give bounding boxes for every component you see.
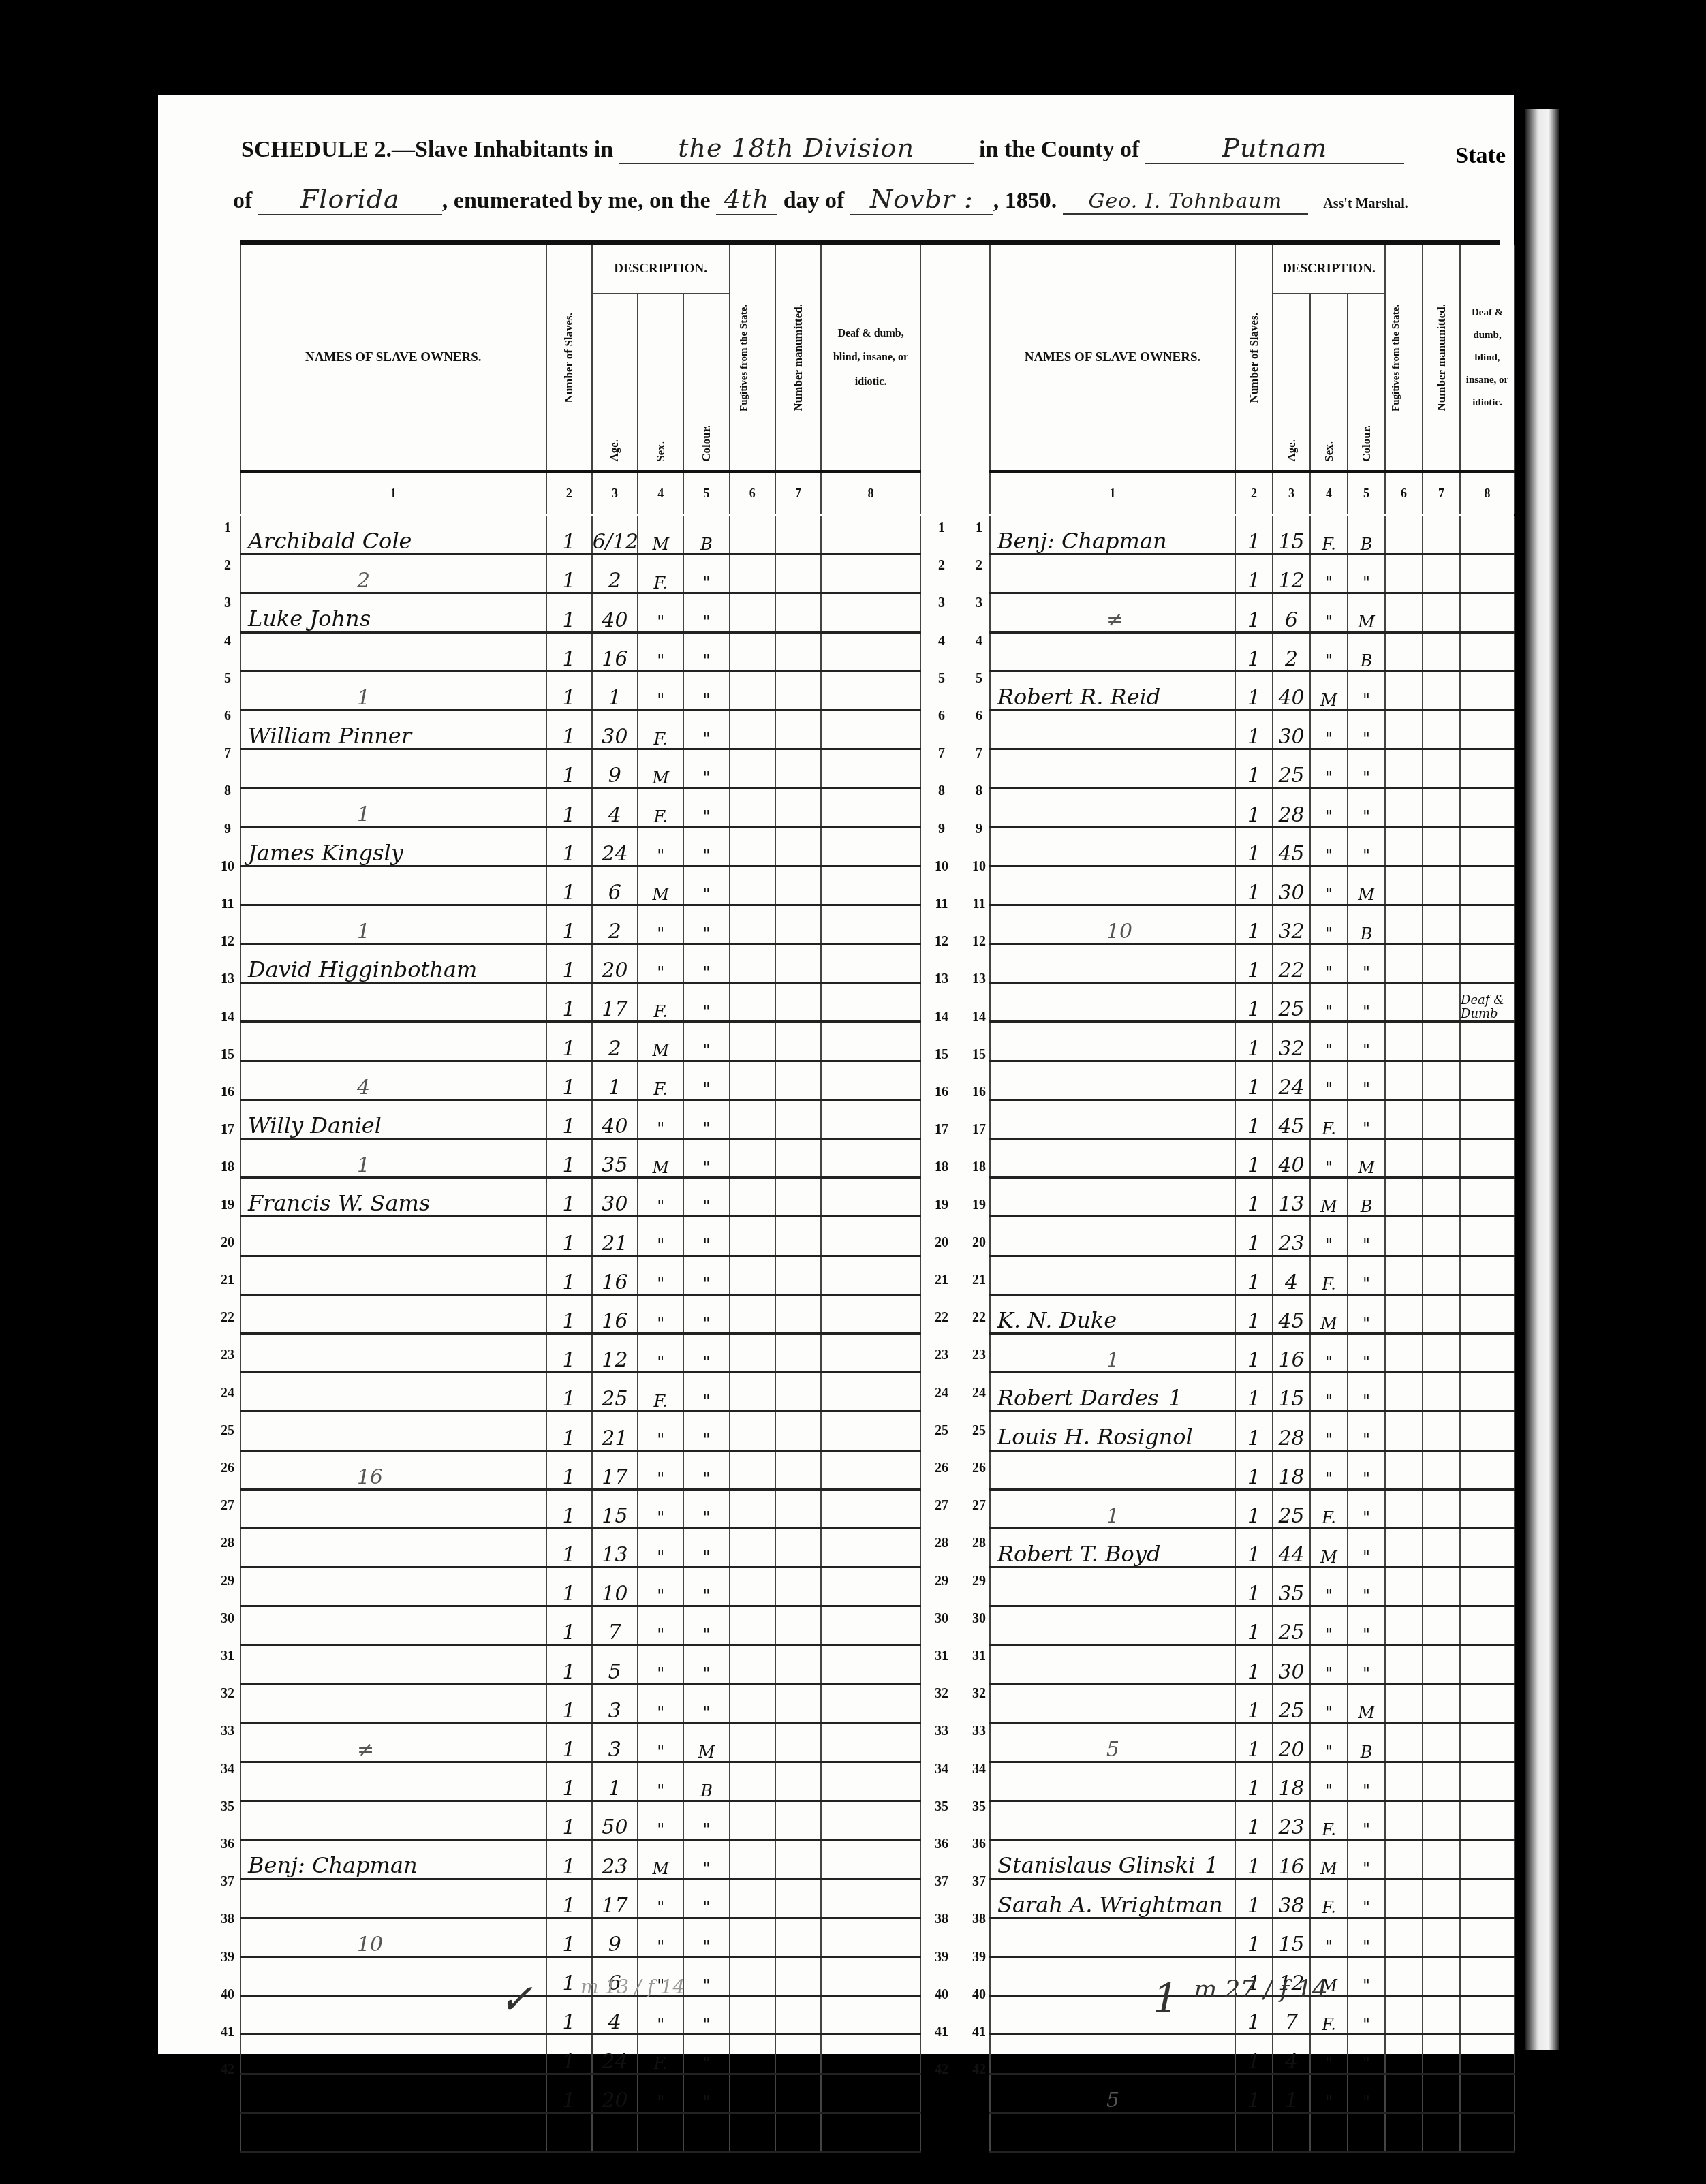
sex-cell: " xyxy=(1310,710,1348,749)
manumitted-cell xyxy=(775,866,821,905)
age-cell: 7 xyxy=(592,1606,638,1645)
sex-cell: F. xyxy=(1310,1255,1348,1294)
fugitives-cell xyxy=(1385,2112,1423,2151)
owner-name-cell xyxy=(990,983,1235,1022)
household-tally: 1 xyxy=(248,1153,370,1177)
number-cell: 1 xyxy=(1235,1489,1273,1528)
age-cell: 28 xyxy=(1273,1411,1310,1450)
line-number-left: 33 xyxy=(214,1723,241,1739)
manumitted-cell xyxy=(775,1879,821,1918)
line-number-center-right: 38 xyxy=(965,1912,993,1927)
sex-cell: " xyxy=(1310,1373,1348,1411)
number-cell: 1 xyxy=(1235,1373,1273,1411)
table-row: James Kingsly124"" xyxy=(241,827,920,866)
right-tally-mark: 1 xyxy=(1153,1976,1179,2023)
line-number-center-left: 7 xyxy=(928,746,955,762)
marshal-signature: Geo. I. Tohnbaum xyxy=(1063,189,1308,215)
owner-name-cell xyxy=(990,555,1235,593)
line-number-left: 34 xyxy=(214,1762,241,1777)
sex-cell: " xyxy=(638,827,683,866)
fugitives-cell xyxy=(730,1645,775,1684)
fugitives-cell xyxy=(730,2035,775,2074)
deaf-dumb-cell xyxy=(821,944,920,983)
sex-cell: " xyxy=(1310,905,1348,943)
number-cell xyxy=(546,2112,592,2151)
table-row: 124F." xyxy=(241,2035,920,2074)
fugitives-cell xyxy=(730,710,775,749)
owner-name-cell: Francis W. Sams xyxy=(241,1178,546,1217)
line-number-left: 25 xyxy=(214,1423,241,1439)
owner-name-cell xyxy=(990,1918,1235,1956)
sex-cell: " xyxy=(1310,1450,1348,1489)
line-number-center-right: 29 xyxy=(965,1574,993,1589)
sex-cell: " xyxy=(1310,1645,1348,1684)
line-number-center-right: 13 xyxy=(965,971,993,987)
fugitives-cell xyxy=(1385,1840,1423,1879)
age-cell: 30 xyxy=(1273,1645,1310,1684)
fugitives-cell xyxy=(1385,1061,1423,1099)
age-cell: 16 xyxy=(592,632,638,671)
age-cell: 17 xyxy=(592,1450,638,1489)
table-row: 150"" xyxy=(241,1801,920,1840)
table-row: 16M" xyxy=(241,866,920,905)
fugitives-cell xyxy=(730,1956,775,1995)
age-cell: 25 xyxy=(1273,749,1310,788)
number-cell: 1 xyxy=(1235,710,1273,749)
table-row: Robert T. Boyd144M" xyxy=(990,1528,1515,1567)
owner-name-cell xyxy=(990,710,1235,749)
manumitted-cell xyxy=(1423,2074,1460,2112)
fugitives-cell xyxy=(1385,1255,1423,1294)
colour-cell: " xyxy=(683,1333,729,1372)
table-row: 112"" xyxy=(990,555,1515,593)
manumitted-cell xyxy=(775,1178,821,1217)
manumitted-cell xyxy=(775,515,821,555)
fugitives-cell xyxy=(730,905,775,943)
table-row: 212F." xyxy=(241,555,920,593)
deaf-dumb-cell xyxy=(1460,1996,1515,2035)
deaf-dumb-cell xyxy=(821,1139,920,1178)
line-number-center-right: 8 xyxy=(965,783,993,799)
manumitted-cell xyxy=(775,632,821,671)
fugitives-cell xyxy=(730,1373,775,1411)
household-tally: 16 xyxy=(248,1465,383,1489)
line-number-left: 11 xyxy=(214,896,241,912)
age-cell: 12 xyxy=(1273,555,1310,593)
line-number-left: 28 xyxy=(214,1535,241,1551)
fugitives-cell xyxy=(1385,1373,1423,1411)
line-number-center-right: 12 xyxy=(965,934,993,950)
colour-cell: " xyxy=(1348,1762,1385,1801)
table-row: 118"" xyxy=(990,1450,1515,1489)
colour-cell: " xyxy=(683,593,729,632)
number-cell: 1 xyxy=(546,671,592,710)
line-number-left: 1 xyxy=(214,520,241,536)
line-number-left: 17 xyxy=(214,1122,241,1138)
fugitives-cell xyxy=(730,2112,775,2151)
line-number-center-left: 9 xyxy=(928,822,955,837)
owner-name-cell xyxy=(241,2112,546,2151)
colour-cell: B xyxy=(683,515,729,555)
age-cell: 2 xyxy=(1273,632,1310,671)
fugitives-cell xyxy=(1385,1528,1423,1567)
deaf-dumb-cell xyxy=(1460,1139,1515,1178)
deaf-dumb-cell xyxy=(1460,944,1515,983)
line-number-left: 24 xyxy=(214,1386,241,1401)
colour-cell: " xyxy=(683,866,729,905)
fugitives-cell xyxy=(730,1489,775,1528)
manumitted-cell xyxy=(1423,1450,1460,1489)
line-number-center-left: 24 xyxy=(928,1386,955,1401)
colour-cell: " xyxy=(683,1450,729,1489)
colour-cell: " xyxy=(683,1294,729,1333)
fugitives-cell xyxy=(1385,866,1423,905)
fugitives-cell xyxy=(730,515,775,555)
sex-cell: " xyxy=(638,1645,683,1684)
line-number-left: 21 xyxy=(214,1273,241,1288)
line-number-center-left: 11 xyxy=(928,896,955,912)
owner-name-cell: Robert R. Reid xyxy=(990,671,1235,710)
number-cell: 1 xyxy=(1235,1333,1273,1372)
line-number-left: 2 xyxy=(214,558,241,574)
day-of-label: day of xyxy=(784,188,845,213)
sex-cell: " xyxy=(1310,827,1348,866)
left-schedule: NAMES OF SLAVE OWNERS. Number of Slaves.… xyxy=(240,245,921,2153)
line-number-center-left: 32 xyxy=(928,1686,955,1702)
table-row: 125""Deaf & Dumb xyxy=(990,983,1515,1022)
col-fugitives-header: Fugitives from the State. xyxy=(730,245,775,471)
fugitives-cell xyxy=(1385,1333,1423,1372)
line-number-center-left: 26 xyxy=(928,1461,955,1476)
deaf-dumb-cell xyxy=(821,671,920,710)
line-number-left: 9 xyxy=(214,822,241,837)
owner-name-cell xyxy=(990,1178,1235,1217)
colour-cell: " xyxy=(683,2035,729,2074)
sex-cell: " xyxy=(638,1178,683,1217)
deaf-dumb-cell xyxy=(1460,1217,1515,1255)
manumitted-cell xyxy=(775,2112,821,2151)
number-cell: 1 xyxy=(1235,2074,1273,2112)
sex-cell: " xyxy=(1310,593,1348,632)
age-cell: 35 xyxy=(1273,1567,1310,1606)
fugitives-cell xyxy=(1385,1918,1423,1956)
age-cell: 35 xyxy=(592,1139,638,1178)
line-number-center-left: 39 xyxy=(928,1950,955,1965)
table-row: 135"" xyxy=(990,1567,1515,1606)
fugitives-cell xyxy=(1385,1099,1423,1138)
number-cell: 1 xyxy=(1235,1255,1273,1294)
age-cell: 50 xyxy=(592,1801,638,1840)
age-cell xyxy=(592,2112,638,2151)
colour-cell: " xyxy=(1348,1918,1385,1956)
colour-cell: " xyxy=(683,1022,729,1061)
owner-name-cell xyxy=(241,1606,546,1645)
fugitives-cell xyxy=(730,1918,775,1956)
fugitives-cell xyxy=(1385,1879,1423,1918)
number-cell: 1 xyxy=(546,983,592,1022)
line-number-center-left: 10 xyxy=(928,859,955,875)
household-tally: 4 xyxy=(248,1076,370,1099)
manumitted-cell xyxy=(775,1139,821,1178)
line-number-center-right: 35 xyxy=(965,1799,993,1815)
number-cell: 1 xyxy=(1235,1801,1273,1840)
deaf-dumb-cell xyxy=(1460,1294,1515,1333)
colour-cell: " xyxy=(1348,555,1385,593)
table-row: 13"" xyxy=(241,1684,920,1723)
household-tally: 2 xyxy=(248,569,370,593)
owner-name-cell: 5 xyxy=(990,1723,1235,1762)
number-cell: 1 xyxy=(1235,905,1273,943)
line-number-center-left: 25 xyxy=(928,1423,955,1439)
manumitted-cell xyxy=(775,593,821,632)
age-cell: 1 xyxy=(592,1762,638,1801)
fugitives-cell xyxy=(730,1099,775,1138)
number-cell: 1 xyxy=(546,1918,592,1956)
line-number-center-right: 39 xyxy=(965,1950,993,1965)
table-row: 5120"B xyxy=(990,1723,1515,1762)
sex-cell: " xyxy=(638,1918,683,1956)
colour-cell: " xyxy=(1348,1996,1385,2035)
fugitives-cell xyxy=(1385,1294,1423,1333)
manumitted-cell xyxy=(1423,710,1460,749)
table-row: 113MB xyxy=(990,1178,1515,1217)
manumitted-cell xyxy=(775,1684,821,1723)
age-cell: 23 xyxy=(1273,1217,1310,1255)
manumitted-cell xyxy=(1423,1879,1460,1918)
table-row: 121"" xyxy=(241,1217,920,1255)
colour-cell: " xyxy=(683,1139,729,1178)
colour-cell: B xyxy=(1348,905,1385,943)
deaf-dumb-cell xyxy=(1460,1918,1515,1956)
line-number-center-right: 25 xyxy=(965,1423,993,1439)
owner-name-cell xyxy=(241,1022,546,1061)
sex-cell: M xyxy=(1310,1294,1348,1333)
fugitives-cell xyxy=(1385,2074,1423,2112)
sex-cell: " xyxy=(1310,1411,1348,1450)
table-row: 125"" xyxy=(990,749,1515,788)
sex-cell: " xyxy=(638,632,683,671)
colour-cell: " xyxy=(1348,944,1385,983)
table-row: 1135M" xyxy=(241,1139,920,1178)
table-row: Robert R. Reid140M" xyxy=(990,671,1515,710)
deaf-dumb-cell xyxy=(1460,1645,1515,1684)
colour-cell: " xyxy=(683,1956,729,1995)
table-row: 113"" xyxy=(241,1528,920,1567)
fugitives-cell xyxy=(1385,1567,1423,1606)
fugitives-cell xyxy=(730,1840,775,1879)
manumitted-cell xyxy=(1423,1762,1460,1801)
owner-name-cell xyxy=(241,2035,546,2074)
sex-cell: " xyxy=(1310,1139,1348,1178)
owner-name-cell xyxy=(990,1217,1235,1255)
sex-cell: " xyxy=(638,1411,683,1450)
sex-cell: " xyxy=(1310,1022,1348,1061)
owner-name-cell: 1 xyxy=(990,1489,1235,1528)
deaf-dumb-cell xyxy=(1460,866,1515,905)
age-cell: 2 xyxy=(592,1022,638,1061)
line-number-center-right: 26 xyxy=(965,1461,993,1476)
age-cell: 22 xyxy=(1273,944,1310,983)
right-schedule-table: NAMES OF SLAVE OWNERS. Number of Slaves.… xyxy=(989,245,1515,2153)
fugitives-cell xyxy=(730,1606,775,1645)
table-row: 118"" xyxy=(990,1762,1515,1801)
line-number-left: 16 xyxy=(214,1085,241,1100)
line-number-left: 12 xyxy=(214,934,241,950)
fugitives-cell xyxy=(1385,1762,1423,1801)
number-cell: 1 xyxy=(546,710,592,749)
deaf-dumb-cell xyxy=(1460,1723,1515,1762)
owner-name-cell: Luke Johns xyxy=(241,593,546,632)
line-number-center-left: 5 xyxy=(928,671,955,687)
manumitted-cell xyxy=(1423,905,1460,943)
owner-name-cell: Louis H. Rosignol xyxy=(990,1411,1235,1450)
manumitted-cell xyxy=(1423,1606,1460,1645)
age-cell: 25 xyxy=(592,1373,638,1411)
manumitted-cell xyxy=(775,1801,821,1840)
manumitted-cell xyxy=(775,1255,821,1294)
number-cell: 1 xyxy=(1235,1840,1273,1879)
manumitted-cell xyxy=(1423,1333,1460,1372)
number-cell: 1 xyxy=(546,827,592,866)
age-cell: 20 xyxy=(592,944,638,983)
table-row: 14"" xyxy=(990,2035,1515,2074)
owner-name-cell: 1 xyxy=(241,905,546,943)
age-cell: 21 xyxy=(592,1217,638,1255)
manumitted-cell xyxy=(775,1956,821,1995)
line-number-center-left: 34 xyxy=(928,1762,955,1777)
sex-cell: F. xyxy=(1310,1489,1348,1528)
age-cell: 9 xyxy=(592,1918,638,1956)
of-label: of xyxy=(233,188,252,213)
col-manumitted-header-right: Number manumitted. xyxy=(1423,245,1460,471)
deaf-dumb-cell xyxy=(821,632,920,671)
household-tally: 10 xyxy=(997,920,1132,943)
fugitives-cell xyxy=(1385,1139,1423,1178)
manumitted-cell xyxy=(775,1373,821,1411)
table-row: 12M" xyxy=(241,1022,920,1061)
schedule-title-line-1: SCHEDULE 2.—Slave Inhabitants in the 18t… xyxy=(241,133,1404,164)
manumitted-cell xyxy=(1423,866,1460,905)
deaf-dumb-cell xyxy=(821,1723,920,1762)
line-number-center-right: 2 xyxy=(965,558,993,574)
deaf-dumb-cell xyxy=(821,983,920,1022)
colour-cell: M xyxy=(1348,866,1385,905)
line-number-left: 23 xyxy=(214,1347,241,1363)
fugitives-cell xyxy=(1385,1450,1423,1489)
line-number-center-left: 13 xyxy=(928,971,955,987)
fugitives-cell xyxy=(730,1333,775,1372)
line-number-center-left: 21 xyxy=(928,1273,955,1288)
fugitives-cell xyxy=(1385,2035,1423,2074)
number-cell: 1 xyxy=(546,1996,592,2035)
line-number-center-left: 6 xyxy=(928,708,955,724)
line-number-center-right: 16 xyxy=(965,1085,993,1100)
deaf-dumb-cell xyxy=(1460,2035,1515,2074)
number-cell: 1 xyxy=(546,1528,592,1567)
number-cell: 1 xyxy=(546,1489,592,1528)
owner-name-cell xyxy=(241,1255,546,1294)
year-label: , 1850. xyxy=(993,188,1057,213)
table-row: Archibald Cole16/12MB xyxy=(241,515,920,555)
age-cell: 24 xyxy=(1273,1061,1310,1099)
deaf-dumb-cell xyxy=(1460,905,1515,943)
fugitives-cell xyxy=(730,1996,775,2035)
owner-name-cell: Sarah A. Wrightman xyxy=(990,1879,1235,1918)
fugitives-cell xyxy=(1385,555,1423,593)
colour-cell: " xyxy=(683,1840,729,1879)
line-number-left: 3 xyxy=(214,595,241,611)
owner-name-cell xyxy=(990,1645,1235,1684)
age-cell: 30 xyxy=(1273,710,1310,749)
age-cell: 4 xyxy=(1273,2035,1310,2074)
owner-name-cell xyxy=(241,1528,546,1567)
owner-name-cell xyxy=(241,1801,546,1840)
fugitives-cell xyxy=(730,1723,775,1762)
owner-name-cell: David Higginbotham xyxy=(241,944,546,983)
colour-cell: " xyxy=(683,1918,729,1956)
line-number-left: 42 xyxy=(214,2062,241,2078)
manumitted-cell xyxy=(1423,515,1460,555)
age-cell: 5 xyxy=(592,1645,638,1684)
colour-cell: " xyxy=(1348,1956,1385,1995)
manumitted-cell xyxy=(1423,1956,1460,1995)
age-cell: 1 xyxy=(592,671,638,710)
line-number-center-left: 4 xyxy=(928,634,955,649)
line-number-left: 18 xyxy=(214,1159,241,1175)
age-cell: 12 xyxy=(592,1333,638,1372)
owner-name-cell: 4 xyxy=(241,1061,546,1099)
sex-cell: M xyxy=(638,749,683,788)
manumitted-cell xyxy=(775,788,821,827)
schedule-title-line-2: of Florida, enumerated by me, on the 4th… xyxy=(233,184,1408,215)
sex-cell: F. xyxy=(638,1373,683,1411)
day-field: 4th xyxy=(716,184,777,215)
household-tally: 1 xyxy=(1205,1852,1218,1878)
number-cell: 1 xyxy=(1235,1723,1273,1762)
line-number-left: 15 xyxy=(214,1047,241,1063)
deaf-dumb-cell xyxy=(1460,1528,1515,1567)
owner-name-cell xyxy=(990,1139,1235,1178)
sex-cell: " xyxy=(1310,1918,1348,1956)
line-number-left: 8 xyxy=(214,783,241,799)
line-number-left: 10 xyxy=(214,859,241,875)
age-cell: 16 xyxy=(592,1294,638,1333)
number-cell: 1 xyxy=(1235,1178,1273,1217)
number-cell: 1 xyxy=(1235,1061,1273,1099)
table-row: 411F." xyxy=(241,1061,920,1099)
colour-cell: M xyxy=(1348,1684,1385,1723)
left-rows: Archibald Cole16/12MB212F."Luke Johns140… xyxy=(241,515,920,2151)
age-cell: 18 xyxy=(1273,1762,1310,1801)
fugitives-cell xyxy=(730,749,775,788)
line-number-center-right: 34 xyxy=(965,1762,993,1777)
deaf-dumb-cell xyxy=(1460,1879,1515,1918)
number-cell: 1 xyxy=(1235,1294,1273,1333)
deaf-dumb-cell xyxy=(1460,827,1515,866)
deaf-dumb-cell xyxy=(821,2074,920,2112)
deaf-dumb-cell xyxy=(821,1606,920,1645)
fugitives-cell xyxy=(730,827,775,866)
col-description-header: DESCRIPTION. Age. Sex. Colour. xyxy=(592,245,730,471)
age-cell: 10 xyxy=(592,1567,638,1606)
table-row: 130"" xyxy=(990,1645,1515,1684)
deaf-dumb-cell xyxy=(821,1956,920,1995)
sex-cell: " xyxy=(638,1217,683,1255)
deaf-dumb-cell xyxy=(1460,632,1515,671)
fugitives-cell xyxy=(1385,983,1423,1022)
household-tally: 5 xyxy=(997,2089,1119,2112)
deaf-dumb-cell xyxy=(821,555,920,593)
